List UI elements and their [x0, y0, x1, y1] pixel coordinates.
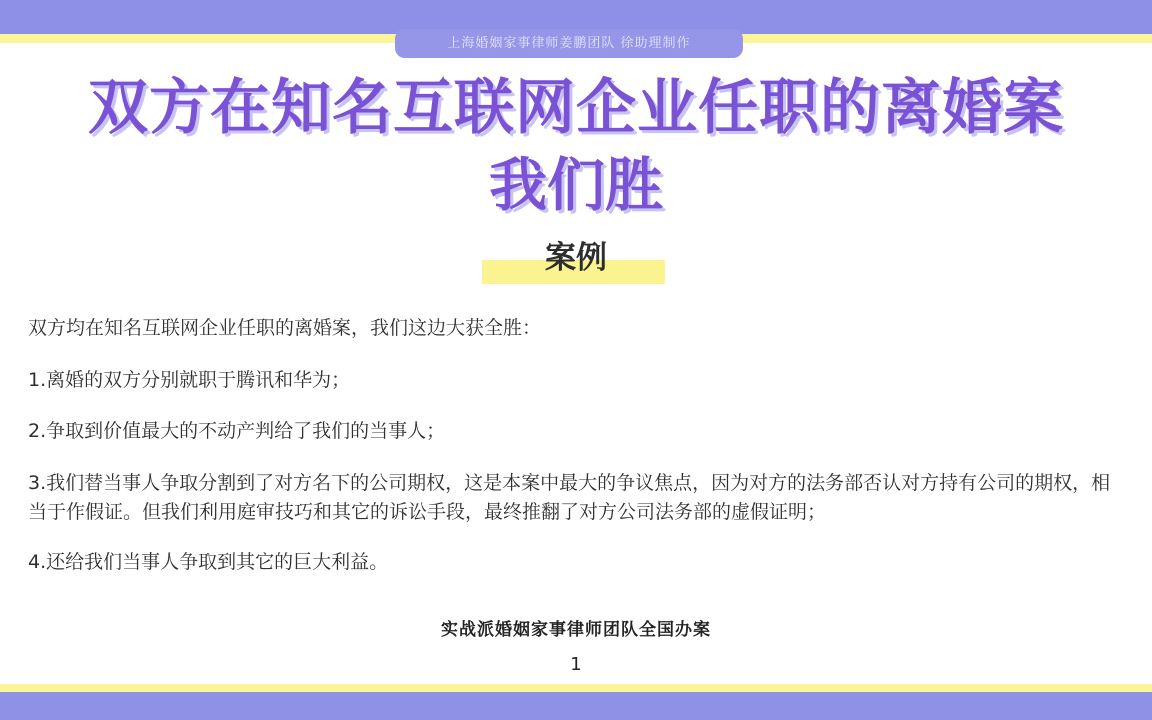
list-item: 2.争取到价值最大的不动产判给了我们的当事人； [28, 417, 1128, 446]
page-title-line-2: 我们胜 [0, 150, 1152, 220]
page-number: 1 [0, 654, 1152, 675]
bottom-banner-bar [0, 692, 1152, 720]
intro-paragraph: 双方均在知名互联网企业任职的离婚案，我们这边大获全胜： [28, 314, 1128, 343]
section-heading: 案例 [0, 236, 1152, 280]
list-item: 3.我们替当事人争取分割到了对方名下的公司期权，这是本案中最大的争议焦点，因为对… [28, 469, 1128, 527]
credit-badge: 上海婚姻家事律师姜鹏团队 徐助理制作 [395, 29, 743, 58]
list-item: 1.离婚的双方分别就职于腾讯和华为； [28, 366, 1128, 395]
footer-slogan: 实战派婚姻家事律师团队全国办案 [0, 615, 1152, 640]
page-title-line-1: 双方在知名互联网企业任职的离婚案 [0, 72, 1152, 144]
list-item: 4.还给我们当事人争取到其它的巨大利益。 [28, 548, 1128, 577]
